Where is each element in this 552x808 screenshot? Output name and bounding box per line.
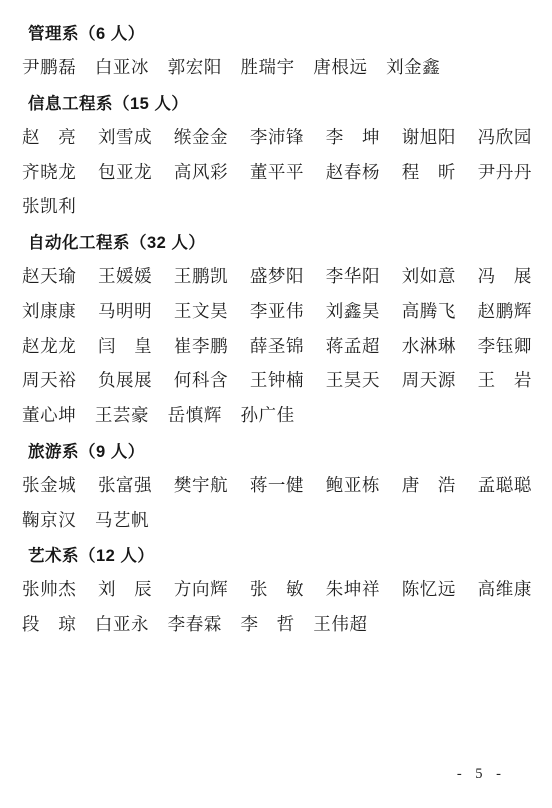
person-name: 王钟楠	[250, 367, 304, 392]
person-name: 董心坤	[22, 402, 76, 427]
person-name: 齐晓龙	[22, 159, 76, 184]
person-name: 孟聪聪	[478, 472, 532, 497]
name-row: 鞠京汉马艺帆	[22, 502, 532, 537]
person-name: 盛梦阳	[250, 263, 304, 288]
person-name: 李钰卿	[478, 333, 532, 358]
person-name: 鞠京汉	[22, 507, 76, 532]
person-name: 张富强	[98, 472, 152, 497]
person-name: 刘 辰	[98, 576, 152, 601]
person-name: 马明明	[98, 298, 152, 323]
person-name: 王媛媛	[98, 263, 152, 288]
person-name: 李 哲	[240, 611, 294, 636]
name-row: 张金城张富强樊宇航蒋一健鲍亚栋唐 浩孟聪聪	[22, 467, 532, 502]
person-name: 李华阳	[326, 263, 380, 288]
person-name: 周天裕	[22, 367, 76, 392]
name-row: 段 琼白亚永李春霖李 哲王伟超	[22, 606, 532, 641]
section-heading: 管理系（6 人）	[28, 15, 532, 50]
section-heading: 信息工程系（15 人）	[28, 84, 532, 119]
name-row: 齐晓龙包亚龙高风彩董平平赵春杨程 昕尹丹丹	[22, 154, 532, 189]
person-name: 张凯利	[22, 193, 76, 218]
name-row: 周天裕负展展何科含王钟楠王昊天周天源王 岩	[22, 363, 532, 398]
section-heading: 旅游系（9 人）	[28, 432, 532, 467]
person-name: 冯欣园	[478, 124, 532, 149]
name-row: 赵龙龙闫 皇崔李鹏薛圣锦蒋孟超水淋琳李钰卿	[22, 328, 532, 363]
person-name: 郭宏阳	[168, 54, 222, 79]
person-name: 唐 浩	[402, 472, 456, 497]
person-name: 刘如意	[402, 263, 456, 288]
name-row: 刘康康马明明王文昊李亚伟刘鑫昊高腾飞赵鹏辉	[22, 293, 532, 328]
person-name: 崔李鹏	[174, 333, 228, 358]
person-name: 赵天瑜	[22, 263, 76, 288]
person-name: 尹鹏磊	[22, 54, 76, 79]
person-name: 王文昊	[174, 298, 228, 323]
name-row: 董心坤王芸豪岳慎辉孙广佳	[22, 397, 532, 432]
person-name: 马艺帆	[95, 507, 149, 532]
person-name: 李春霖	[168, 611, 222, 636]
person-name: 赵鹏辉	[478, 298, 532, 323]
document-body: 管理系（6 人）尹鹏磊白亚冰郭宏阳胜瑞宇唐根远刘金鑫信息工程系（15 人）赵 亮…	[0, 0, 552, 641]
person-name: 周天源	[402, 367, 456, 392]
person-name: 方向辉	[174, 576, 228, 601]
person-name: 赵龙龙	[22, 333, 76, 358]
person-name: 刘康康	[22, 298, 76, 323]
person-name: 李 坤	[326, 124, 380, 149]
person-name: 唐根远	[313, 54, 367, 79]
person-name: 蒋孟超	[326, 333, 380, 358]
person-name: 赵春杨	[326, 159, 380, 184]
page-number: - 5 -	[457, 766, 506, 783]
person-name: 冯 展	[478, 263, 532, 288]
person-name: 胜瑞宇	[240, 54, 294, 79]
name-row: 张帅杰刘 辰方向辉张 敏朱坤祥陈忆远高维康	[22, 571, 532, 606]
section-heading: 艺术系（12 人）	[28, 537, 532, 572]
person-name: 薛圣锦	[250, 333, 304, 358]
person-name: 王鹏凯	[174, 263, 228, 288]
name-row: 张凯利	[22, 189, 532, 224]
person-name: 白亚冰	[95, 54, 149, 79]
person-name: 程 昕	[402, 159, 456, 184]
person-name: 李亚伟	[250, 298, 304, 323]
name-row: 尹鹏磊白亚冰郭宏阳胜瑞宇唐根远刘金鑫	[22, 49, 532, 84]
person-name: 李沛锋	[250, 124, 304, 149]
person-name: 王 岩	[478, 367, 532, 392]
person-name: 负展展	[98, 367, 152, 392]
person-name: 张金城	[22, 472, 76, 497]
name-row: 赵 亮刘雪成缑金金李沛锋李 坤谢旭阳冯欣园	[22, 119, 532, 154]
person-name: 孙广佳	[240, 402, 294, 427]
person-name: 何科含	[174, 367, 228, 392]
person-name: 刘鑫昊	[326, 298, 380, 323]
person-name: 蒋一健	[250, 472, 304, 497]
person-name: 高腾飞	[402, 298, 456, 323]
person-name: 董平平	[250, 159, 304, 184]
person-name: 刘雪成	[98, 124, 152, 149]
person-name: 缑金金	[174, 124, 228, 149]
person-name: 樊宇航	[174, 472, 228, 497]
person-name: 高风彩	[174, 159, 228, 184]
person-name: 闫 皇	[98, 333, 152, 358]
person-name: 赵 亮	[22, 124, 76, 149]
person-name: 王芸豪	[95, 402, 149, 427]
person-name: 岳慎辉	[168, 402, 222, 427]
person-name: 张帅杰	[22, 576, 76, 601]
person-name: 朱坤祥	[326, 576, 380, 601]
person-name: 刘金鑫	[386, 54, 440, 79]
person-name: 王伟超	[313, 611, 367, 636]
person-name: 王昊天	[326, 367, 380, 392]
person-name: 张 敏	[250, 576, 304, 601]
person-name: 白亚永	[95, 611, 149, 636]
person-name: 高维康	[478, 576, 532, 601]
document-page: 管理系（6 人）尹鹏磊白亚冰郭宏阳胜瑞宇唐根远刘金鑫信息工程系（15 人）赵 亮…	[0, 0, 552, 808]
person-name: 陈忆远	[402, 576, 456, 601]
section-heading: 自动化工程系（32 人）	[28, 223, 532, 258]
person-name: 水淋琳	[402, 333, 456, 358]
person-name: 段 琼	[22, 611, 76, 636]
name-row: 赵天瑜王媛媛王鹏凯盛梦阳李华阳刘如意冯 展	[22, 258, 532, 293]
person-name: 包亚龙	[98, 159, 152, 184]
person-name: 鲍亚栋	[326, 472, 380, 497]
person-name: 谢旭阳	[402, 124, 456, 149]
person-name: 尹丹丹	[478, 159, 532, 184]
